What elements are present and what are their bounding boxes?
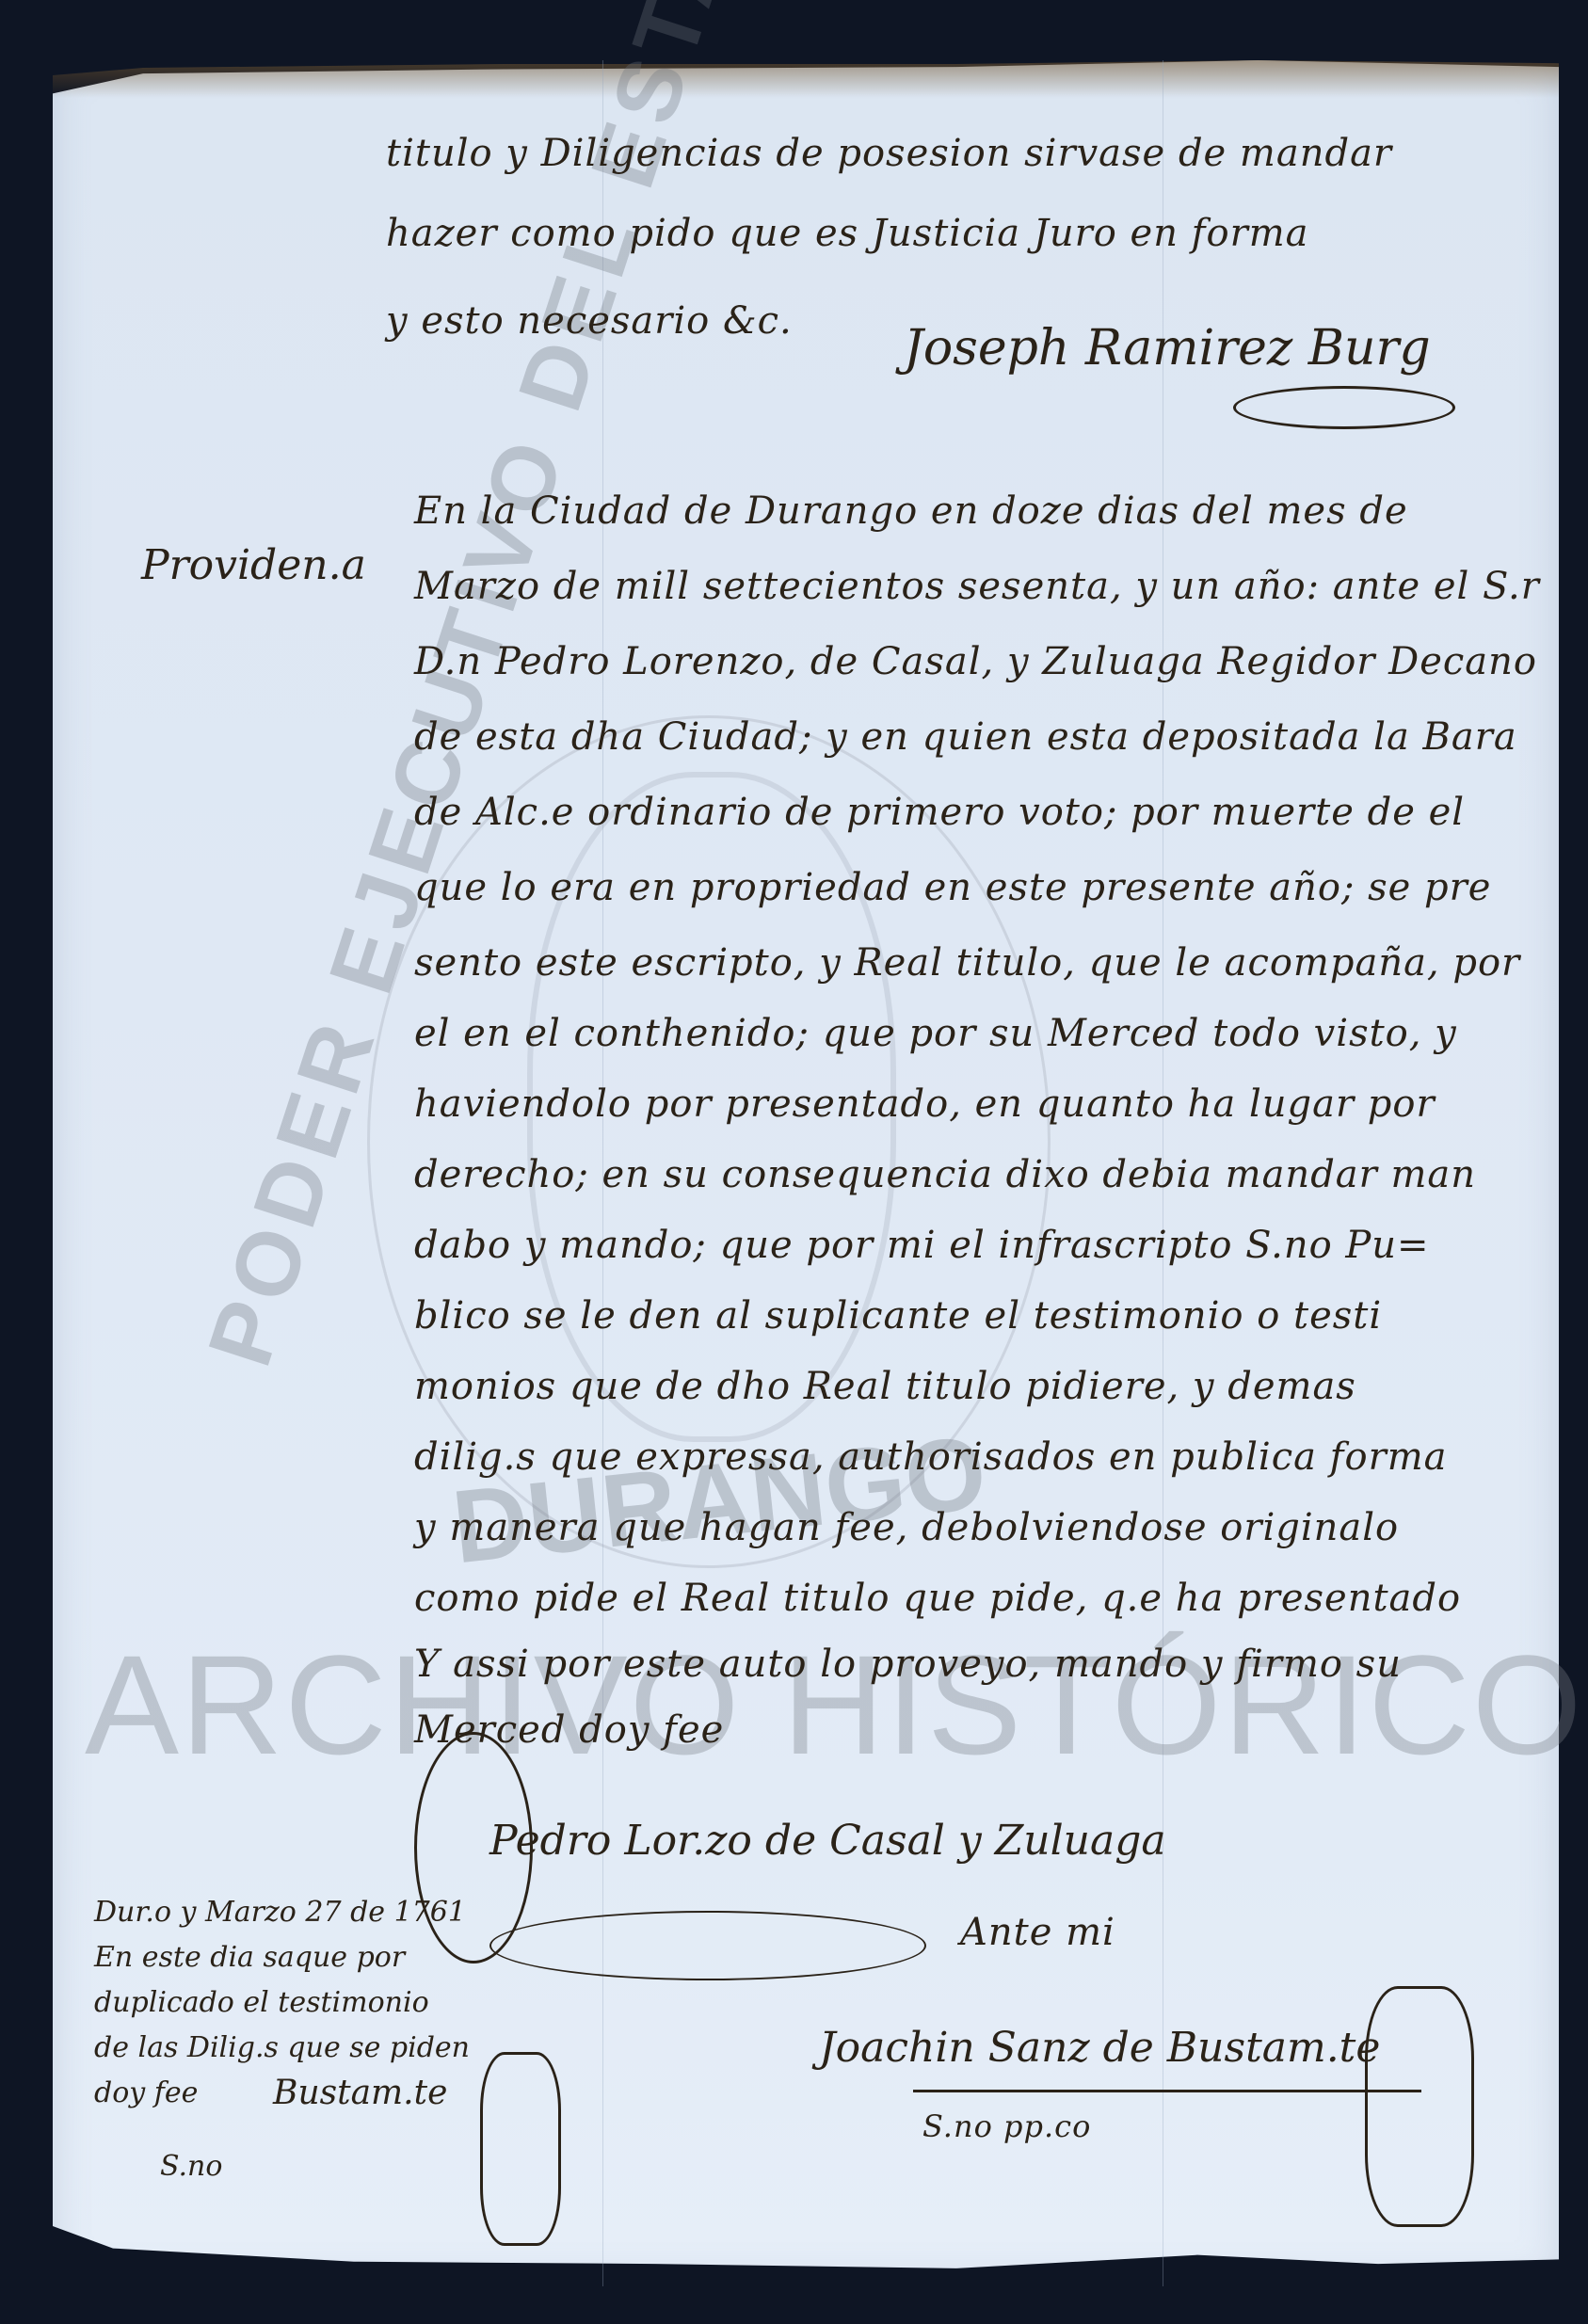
- body-line: dilig.s que expressa, authorisados en pu…: [414, 1435, 1447, 1479]
- body-line: que lo era en propriedad en este present…: [414, 866, 1491, 909]
- body-line: monios que de dho Real titulo pidiere, y…: [414, 1365, 1356, 1408]
- body-line: En la Ciudad de Durango en doze dias del…: [414, 489, 1408, 533]
- body-line: haviendolo por presentado, en quanto ha …: [414, 1082, 1436, 1126]
- body-line: de esta dha Ciudad; y en quien esta depo…: [414, 715, 1517, 759]
- body-line: y manera que hagan fee, debolviendose or…: [414, 1506, 1399, 1549]
- notary-rubric: [1365, 1986, 1474, 2227]
- signature-flourish: [1233, 386, 1455, 429]
- body-line: Y assi por este auto lo proveyo, mando y…: [414, 1643, 1402, 1686]
- signature-underline: [913, 2090, 1421, 2092]
- margin-heading: Providen.a: [141, 541, 366, 589]
- notary-signature: Joachin Sanz de Bustam.te: [819, 2024, 1380, 2072]
- body-line: como pide el Real titulo que pide, q.e h…: [414, 1577, 1461, 1620]
- notary-title: S.no pp.co: [922, 2108, 1091, 2144]
- note-signature: Bustam.te: [273, 2073, 447, 2114]
- body-line: el en el conthenido; que por su Merced t…: [414, 1012, 1457, 1055]
- note-line: En este dia saque por: [94, 1937, 405, 1979]
- note-title: S.no: [160, 2146, 222, 2188]
- notary-prefix: Ante mi: [960, 1911, 1115, 1954]
- rubric-flourish: [489, 1911, 926, 1980]
- petitioner-signature: Joseph Ramirez Burg: [904, 320, 1431, 377]
- note-line: duplicado el testimonio: [94, 1982, 429, 2024]
- burned-top-edge: [53, 60, 1559, 98]
- note-line: Dur.o y Marzo 27 de 1761: [94, 1892, 466, 1933]
- body-line: sento este escripto, y Real titulo, que …: [414, 941, 1520, 985]
- petition-line: hazer como pido que es Justicia Juro en …: [386, 212, 1308, 255]
- note-line: doy fee: [94, 2073, 198, 2114]
- body-line: blico se le den al suplicante el testimo…: [414, 1294, 1382, 1338]
- body-line: D.n Pedro Lorenzo, de Casal, y Zuluaga R…: [414, 640, 1537, 683]
- alcalde-signature: Pedro Lor.zo de Casal y Zuluaga: [489, 1817, 1166, 1865]
- body-line: dabo y mando; que por mi el infrascripto…: [414, 1224, 1430, 1267]
- body-line: Marzo de mill settecientos sesenta, y un…: [414, 565, 1540, 608]
- petition-line: titulo y Diligencias de posesion sirvase…: [386, 132, 1392, 175]
- body-line: de Alc.e ordinario de primero voto; por …: [414, 791, 1465, 834]
- note-line: de las Dilig.s que se piden: [94, 2027, 470, 2069]
- petition-line: y esto necesario &c.: [386, 299, 793, 343]
- note-rubric: [480, 2052, 561, 2246]
- body-line: derecho; en su consequencia dixo debia m…: [414, 1153, 1476, 1196]
